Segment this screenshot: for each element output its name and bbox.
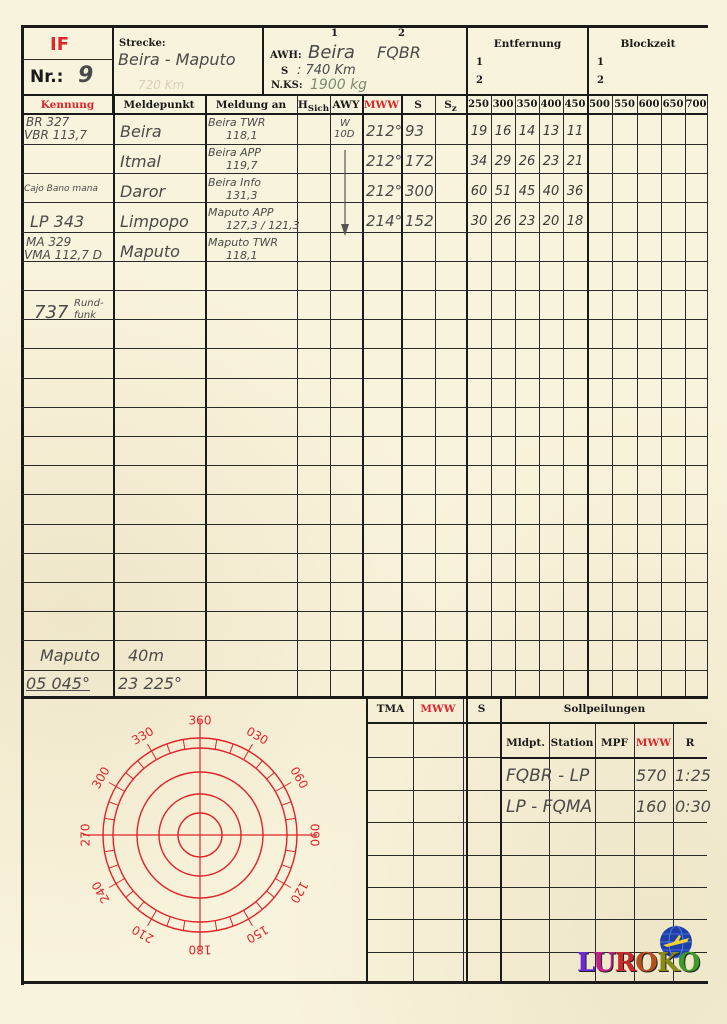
- entfernung-row-2: 2: [476, 75, 483, 86]
- meldepunkt[interactable]: Maputo: [120, 242, 180, 261]
- header-rule: [22, 113, 708, 115]
- col-meldepunkt: Meldepunkt: [113, 99, 205, 111]
- frame-bottom: [22, 981, 708, 984]
- section-divider: [22, 696, 708, 699]
- time-300[interactable]: 16: [491, 124, 515, 139]
- tma-mww-header: MWW: [413, 703, 463, 715]
- nr-label: Nr.:: [30, 67, 63, 87]
- divider: [502, 722, 707, 724]
- col-speed-550: 550: [612, 99, 637, 110]
- col-awy: AWY: [330, 99, 362, 111]
- meldung-an-frequency[interactable]: 118,1: [226, 250, 258, 261]
- nr-value[interactable]: 9: [78, 63, 93, 88]
- awy-line-2[interactable]: 10D: [334, 129, 354, 140]
- bottom-row-line: [368, 790, 707, 791]
- time-350[interactable]: 23: [515, 214, 539, 229]
- time-450[interactable]: 36: [563, 184, 587, 199]
- airport-name[interactable]: Maputo: [40, 646, 100, 665]
- meldung-an-frequency[interactable]: 119,7: [226, 160, 258, 171]
- time-300[interactable]: 26: [491, 214, 515, 229]
- luroko-logo: LUROKO: [577, 948, 699, 978]
- runway-05[interactable]: 05 045°: [26, 674, 90, 693]
- strecke-label: Strecke:: [119, 38, 166, 49]
- time-300[interactable]: 51: [491, 184, 515, 199]
- divider: [366, 697, 368, 983]
- svg-text:300: 300: [89, 764, 113, 791]
- tma-column-line: [413, 697, 414, 983]
- row-line: [22, 436, 708, 437]
- row-line: [22, 144, 708, 145]
- row-line: [22, 670, 708, 671]
- col-mww: MWW: [362, 99, 401, 111]
- row-line: [22, 582, 708, 583]
- col-kennung: Kennung: [22, 99, 113, 111]
- tma-header: TMA: [368, 703, 413, 715]
- kennung[interactable]: LP 343: [30, 212, 84, 231]
- rundfunk-text-1: Rund-: [74, 298, 104, 309]
- time-250[interactable]: 60: [467, 184, 491, 199]
- distance-value[interactable]: 172: [405, 152, 434, 170]
- time-350[interactable]: 14: [515, 124, 539, 139]
- arrow-down-icon: [340, 150, 350, 242]
- time-350[interactable]: 45: [515, 184, 539, 199]
- logo-letter: L: [577, 948, 593, 978]
- svg-text:150: 150: [244, 922, 271, 946]
- time-350[interactable]: 26: [515, 154, 539, 169]
- row-line: [22, 494, 708, 495]
- soll-route-2[interactable]: LP - FQMA: [506, 797, 592, 817]
- col-meldung-an: Meldung an: [205, 99, 297, 111]
- nks-label: N.KS:: [271, 80, 303, 91]
- soll-mpf-1[interactable]: 570: [636, 766, 667, 785]
- frame-top: [22, 25, 708, 28]
- divider: [262, 26, 264, 96]
- svg-text:060: 060: [287, 764, 311, 791]
- meldung-an-station[interactable]: Maputo APP: [208, 207, 274, 218]
- row-line: [22, 348, 708, 349]
- meldung-an-frequency[interactable]: 131,3: [226, 190, 258, 201]
- entfernung-label: Entfernung: [468, 38, 587, 50]
- meldung-an-station[interactable]: Beira APP: [208, 147, 261, 158]
- bottom-row-line: [368, 919, 707, 920]
- meldepunkt[interactable]: Daror: [120, 182, 165, 201]
- time-250[interactable]: 30: [467, 214, 491, 229]
- meldung-an-frequency[interactable]: 118,1: [226, 130, 258, 141]
- svg-text:330: 330: [129, 724, 156, 748]
- blockzeit-label: Blockzeit: [589, 38, 707, 50]
- logo-letter: O: [678, 948, 700, 978]
- svg-text:360: 360: [189, 714, 212, 728]
- divider: [22, 94, 708, 96]
- row-line: [22, 640, 708, 641]
- logo-letter: R: [615, 948, 636, 978]
- col-sz: Sz: [435, 99, 466, 114]
- time-450[interactable]: 18: [563, 214, 587, 229]
- awh-value-1[interactable]: Beira: [308, 42, 355, 63]
- col-speed-350: 350: [515, 99, 539, 110]
- mww-value[interactable]: 212°: [366, 182, 402, 200]
- row-line: [22, 611, 708, 612]
- compass-rose: 360030060090120150180210240270300330: [75, 710, 325, 965]
- rundfunk-number[interactable]: 737: [34, 302, 68, 323]
- soll-r-2[interactable]: 0:30: [675, 797, 711, 816]
- col-speed-400: 400: [539, 99, 563, 110]
- divider: [22, 59, 113, 60]
- col-speed-300: 300: [491, 99, 515, 110]
- kennung-line-2[interactable]: VBR 113,7: [24, 130, 87, 141]
- col-speed-600: 600: [637, 99, 661, 110]
- soll-mpf-header: MPF: [595, 737, 634, 749]
- soll-column-line: [549, 724, 550, 983]
- svg-text:090: 090: [308, 824, 322, 847]
- svg-text:180: 180: [189, 943, 212, 957]
- sollpeilungen-title: Sollpeilungen: [502, 703, 707, 715]
- meldung-an-station[interactable]: Beira Info: [208, 177, 261, 188]
- mww-value[interactable]: 214°: [366, 212, 402, 230]
- distance-value[interactable]: 93: [405, 122, 424, 140]
- meldepunkt[interactable]: Limpopo: [120, 212, 189, 231]
- bottom-row-line: [368, 887, 707, 888]
- meldung-an-frequency[interactable]: 127,3 / 121,3: [226, 220, 300, 231]
- time-250[interactable]: 34: [467, 154, 491, 169]
- distance-value[interactable]: : 740 Km: [297, 63, 356, 78]
- runway-23[interactable]: 23 225°: [118, 674, 182, 693]
- strecke-faded-note: 720 Km: [138, 78, 184, 92]
- form-code: IF: [50, 34, 69, 55]
- mww-value[interactable]: 212°: [366, 152, 402, 170]
- time-400[interactable]: 40: [539, 184, 563, 199]
- col-hsich-main: H: [298, 99, 308, 111]
- meldung-an-station[interactable]: Beira TWR: [208, 117, 265, 128]
- logo-letter: U: [593, 948, 615, 978]
- divider: [502, 757, 707, 759]
- row-line: [22, 553, 708, 554]
- bottom-row-line: [368, 855, 707, 856]
- awh-col-1: 1: [331, 28, 338, 39]
- soll-station-header: Station: [549, 737, 595, 749]
- row-line: [22, 524, 708, 525]
- soll-mldpt-header: Mldpt.: [502, 737, 549, 749]
- soll-r-1[interactable]: 1:25: [675, 766, 711, 785]
- col-sz-main: S: [444, 99, 452, 111]
- row-line: [22, 290, 708, 291]
- kennung[interactable]: Cajo Bano mana: [24, 184, 98, 194]
- soll-column-line: [634, 724, 635, 983]
- blockzeit-row-2: 2: [597, 75, 604, 86]
- strecke-value[interactable]: Beira - Maputo: [118, 50, 236, 69]
- soll-column-line: [595, 724, 596, 983]
- bottom-row-line: [368, 757, 500, 758]
- time-450[interactable]: 11: [563, 124, 587, 139]
- distance-value[interactable]: 300: [405, 182, 434, 200]
- kennung-line-2[interactable]: VMA 112,7 D: [24, 250, 102, 261]
- meldung-an-station[interactable]: Maputo TWR: [208, 237, 278, 248]
- tma-column-line: [463, 697, 464, 983]
- divider: [368, 722, 500, 724]
- awh-col-2: 2: [398, 28, 405, 39]
- blockzeit-row-1: 1: [597, 57, 604, 68]
- svg-text:210: 210: [129, 922, 156, 946]
- time-250[interactable]: 19: [467, 124, 491, 139]
- col-speed-700: 700: [685, 99, 707, 110]
- time-400[interactable]: 13: [539, 124, 563, 139]
- entfernung-row-1: 1: [476, 57, 483, 68]
- col-hsich: HSich: [297, 99, 330, 114]
- rundfunk-text-2: funk: [74, 310, 96, 321]
- mww-value[interactable]: 212°: [366, 122, 402, 140]
- col-speed-250: 250: [466, 99, 491, 110]
- nks-value[interactable]: 1900 kg: [310, 77, 367, 93]
- col-speed-450: 450: [563, 99, 587, 110]
- kennung-line-1[interactable]: MA 329: [26, 237, 71, 248]
- svg-text:030: 030: [244, 724, 271, 748]
- row-line: [22, 465, 708, 466]
- awy-line-1[interactable]: W: [340, 118, 350, 129]
- meldepunkt[interactable]: Itmal: [120, 152, 161, 171]
- distance-value[interactable]: 152: [405, 212, 434, 230]
- meldepunkt[interactable]: Beira: [120, 122, 162, 141]
- svg-text:240: 240: [89, 879, 113, 906]
- soll-route-1[interactable]: FQBR - LP: [506, 766, 589, 786]
- col-s: S: [401, 99, 435, 111]
- awh-label: AWH:: [270, 50, 302, 61]
- airport-elevation[interactable]: 40m: [128, 646, 164, 665]
- col-speed-500: 500: [587, 99, 612, 110]
- soll-mww-header: MWW: [634, 737, 673, 749]
- time-450[interactable]: 21: [563, 154, 587, 169]
- time-400[interactable]: 23: [539, 154, 563, 169]
- logo-letter: O: [635, 948, 657, 978]
- soll-r-header: R: [673, 737, 707, 749]
- soll-mpf-2[interactable]: 160: [636, 797, 667, 816]
- row-line: [22, 378, 708, 379]
- svg-text:270: 270: [79, 824, 93, 847]
- time-300[interactable]: 29: [491, 154, 515, 169]
- svg-text:120: 120: [287, 879, 311, 906]
- row-line: [22, 407, 708, 408]
- bottom-row-line: [368, 822, 707, 823]
- row-line: [22, 319, 708, 320]
- logo-letter: K: [657, 948, 678, 978]
- kennung-line-1[interactable]: BR 327: [26, 117, 69, 128]
- col-speed-650: 650: [661, 99, 685, 110]
- s-label: S: [281, 66, 288, 77]
- tma-s-header: S: [463, 703, 500, 715]
- awh-value-2[interactable]: FQBR: [377, 43, 421, 62]
- time-400[interactable]: 20: [539, 214, 563, 229]
